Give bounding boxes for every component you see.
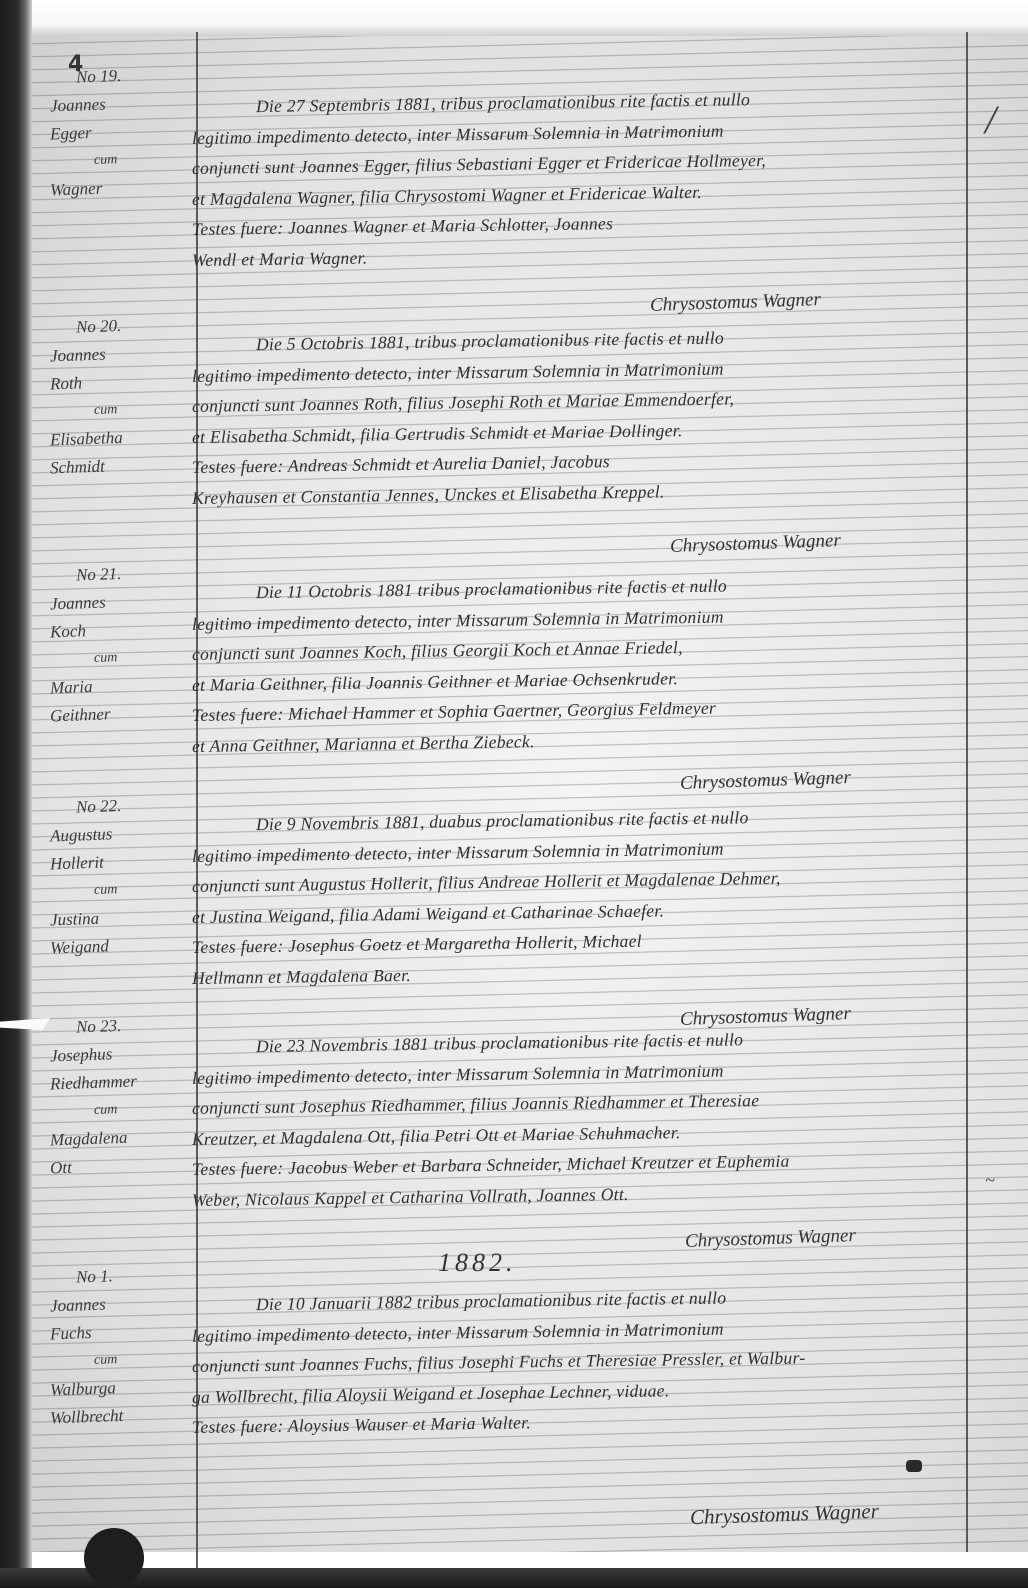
margin-entry: No 21. Joannes Koch cum Maria Geithner: [50, 560, 190, 728]
right-column-rule: [966, 32, 968, 1552]
scan-bottom-edge: [0, 1568, 1028, 1588]
bride-surname: Ott: [50, 1150, 191, 1183]
bride-surname: Geithner: [50, 698, 191, 731]
margin-pen-mark: /: [985, 96, 996, 143]
bride-surname: Weigand: [50, 930, 191, 963]
marriage-record: Die 11 Octobris 1881 tribus proclamation…: [192, 578, 952, 761]
bride-name: Wagner: [50, 172, 191, 205]
marriage-record: Die 27 Septembris 1881, tribus proclamat…: [192, 92, 952, 275]
binding-hole: [84, 1528, 144, 1588]
marriage-record: Die 5 Octobris 1881, tribus proclamation…: [192, 330, 952, 513]
margin-entry: No 23. Josephus Riedhammer cum Magdalena…: [50, 1012, 190, 1180]
margin-entry: No 22. Augustus Hollerit cum Justina Wei…: [50, 792, 190, 960]
year-heading: 1882.: [438, 1248, 517, 1278]
marriage-record: Die 10 Januarii 1882 tribus proclamation…: [192, 1290, 952, 1443]
ink-blot: [906, 1460, 922, 1472]
scan-top-margin: [0, 0, 1028, 36]
margin-entry: No 20. Joannes Roth cum Elisabetha Schmi…: [50, 312, 190, 480]
bride-surname: Schmidt: [50, 450, 191, 483]
marriage-record: Die 9 Novembris 1881, duabus proclamatio…: [192, 810, 952, 993]
bride-surname: Wollbrecht: [50, 1400, 191, 1433]
marriage-record: Die 23 Novembris 1881 tribus proclamatio…: [192, 1032, 952, 1215]
margin-pen-mark: ~: [985, 1170, 995, 1191]
margin-entry: No 19. Joannes Egger cum Wagner: [50, 62, 190, 202]
book-binding-shadow: [0, 0, 32, 1588]
margin-entry: No 1. Joannes Fuchs cum Walburga Wollbre…: [50, 1262, 190, 1430]
